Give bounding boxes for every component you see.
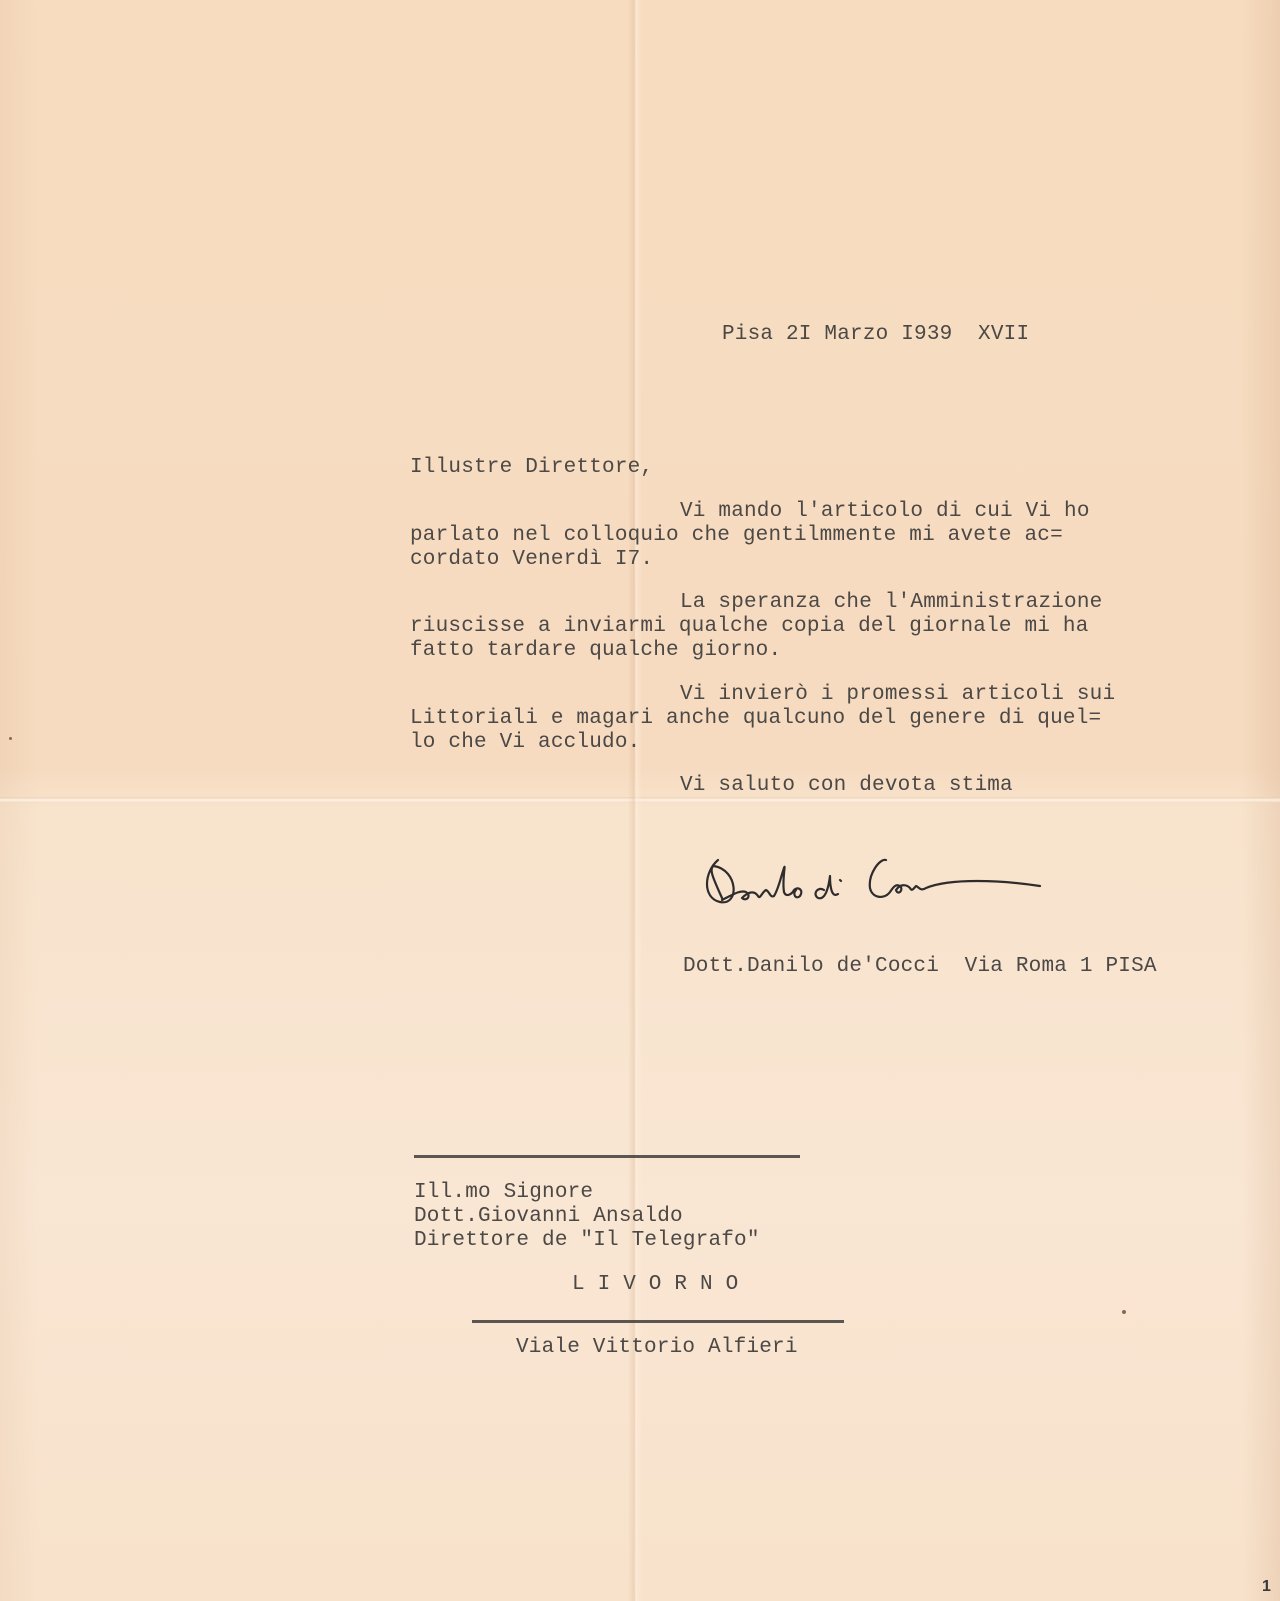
- paper-speck: [1122, 1310, 1126, 1314]
- recipient-city: L I V O R N O: [572, 1273, 738, 1297]
- paragraph-3-line-3: lo che Vi accludo.: [410, 731, 640, 755]
- recipient-title: Ill.mo Signore: [414, 1181, 593, 1205]
- address-bottom-rule: [472, 1320, 844, 1323]
- paragraph-1-line-1: Vi mando l'articolo di cui Vi ho: [680, 500, 1090, 524]
- paragraph-3-line-1: Vi invierò i promessi articoli sui: [680, 683, 1115, 707]
- letter-paper: Pisa 2I Marzo I939 XVII Illustre Diretto…: [0, 0, 1280, 1601]
- paragraph-2-line-3: fatto tardare qualche giorno.: [410, 639, 781, 663]
- recipient-name: Dott.Giovanni Ansaldo: [414, 1205, 683, 1229]
- handwritten-signature: [700, 840, 1100, 920]
- paper-speck: [9, 737, 12, 740]
- paragraph-1-line-3: cordato Venerdì I7.: [410, 548, 653, 572]
- address-top-rule: [414, 1155, 800, 1158]
- page-number: 1: [1262, 1578, 1271, 1596]
- salutation: Illustre Direttore,: [410, 456, 653, 480]
- closing: Vi saluto con devota stima: [680, 774, 1013, 798]
- paragraph-2-line-2: riuscisse a inviarmi qualche copia del g…: [410, 615, 1089, 639]
- dateline: Pisa 2I Marzo I939 XVII: [722, 323, 1029, 347]
- paragraph-3-line-2: Littoriali e magari anche qualcuno del g…: [410, 707, 1101, 731]
- recipient-position: Direttore de "Il Telegrafo": [414, 1229, 760, 1253]
- vertical-fold-crease: [628, 0, 642, 1601]
- paragraph-2-line-1: La speranza che l'Amministrazione: [680, 591, 1102, 615]
- paragraph-1-line-2: parlato nel colloquio che gentilmmente m…: [410, 524, 1063, 548]
- sender-name-and-address: Dott.Danilo de'Cocci Via Roma 1 PISA: [683, 955, 1157, 979]
- recipient-street: Viale Vittorio Alfieri: [516, 1336, 798, 1360]
